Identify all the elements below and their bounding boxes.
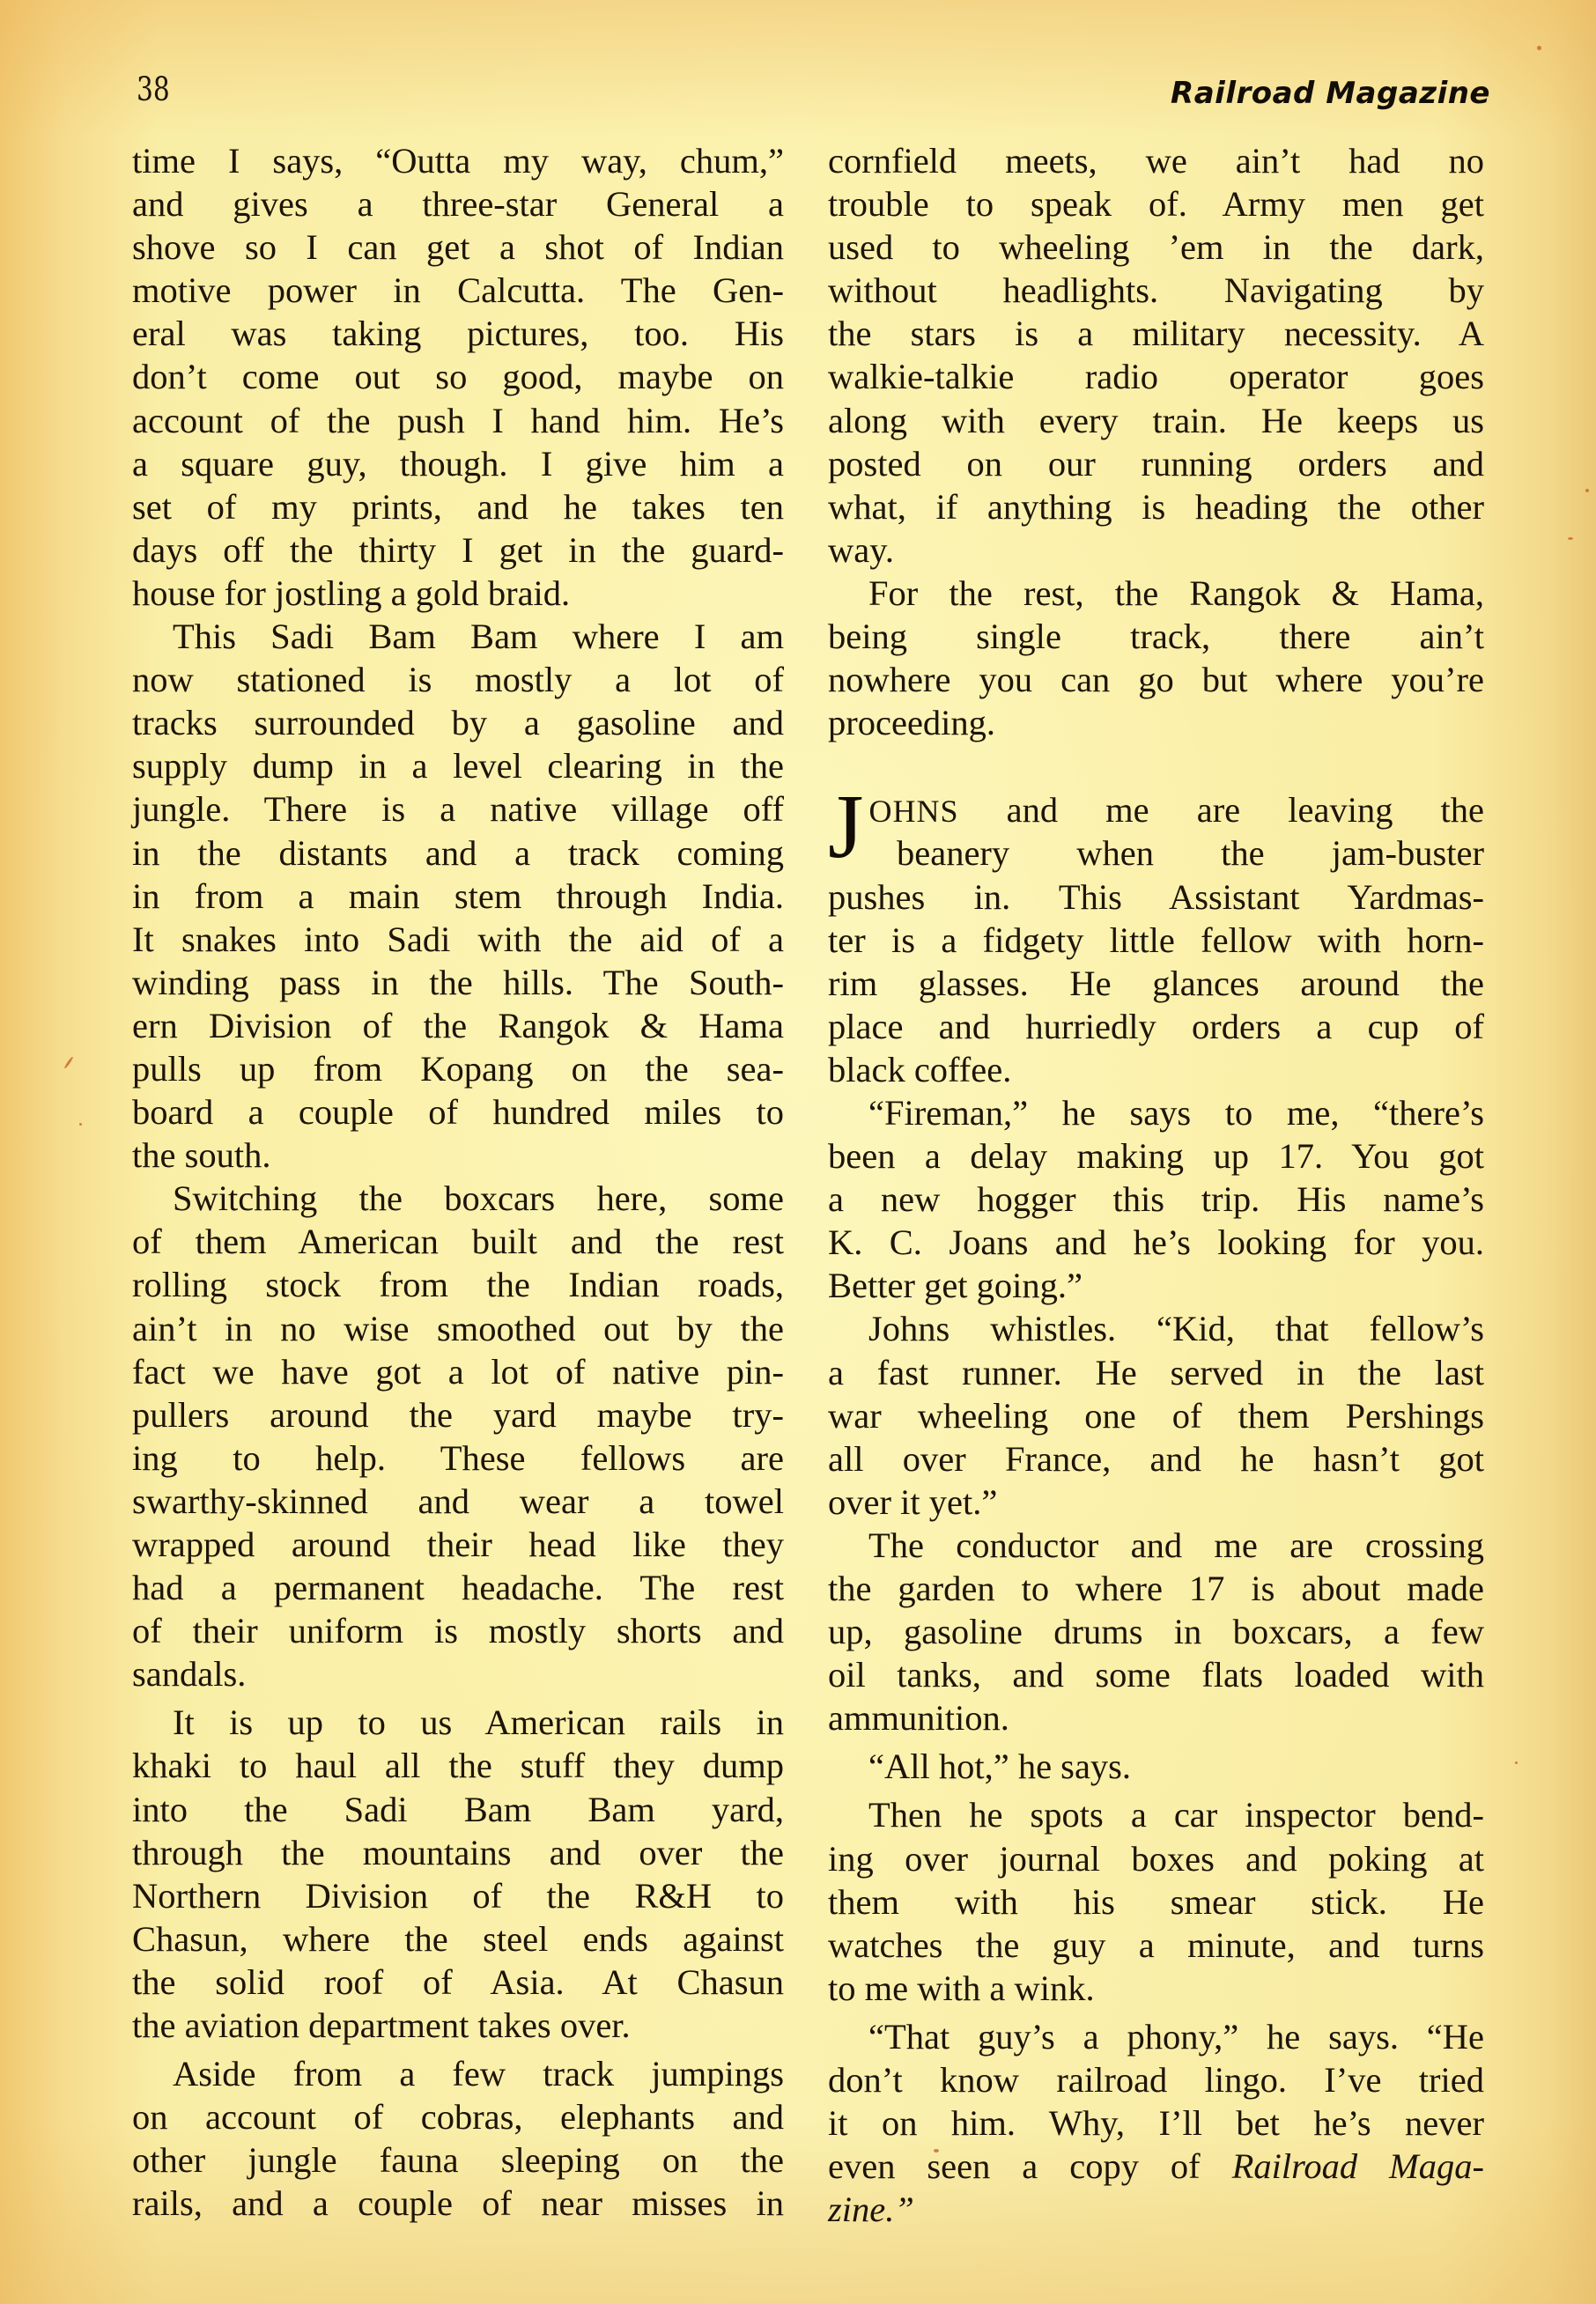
running-title: Railroad Magazine: [1171, 76, 1490, 111]
text-line: being single track, there ain’t: [828, 615, 1484, 658]
text-line: house for jostling a gold braid.: [132, 572, 784, 615]
paragraph-start: The conductor and me are crossing: [828, 1524, 1484, 1567]
text-line: along with every train. He keeps us: [828, 399, 1484, 442]
paper-speck: [1515, 1761, 1518, 1764]
text-line: supply dump in a level clearing in the: [132, 744, 784, 787]
text-line: jungle. There is a native village off: [132, 787, 784, 831]
text-line: sandals.: [132, 1652, 784, 1695]
text-line: tracks surrounded by a gasoline and: [132, 701, 784, 744]
text-line: nowhere you can go but where you’re: [828, 658, 1484, 701]
paper-speck: [1568, 537, 1573, 540]
text-line: posted on our running orders and: [828, 442, 1484, 485]
text-line: place and hurriedly orders a cup of: [828, 1005, 1484, 1048]
text-line: It snakes into Sadi with the aid of a: [132, 918, 784, 961]
text-line: Northern Division of the R&H to: [132, 1874, 784, 1917]
text-line: them with his smear stick. He: [828, 1880, 1484, 1924]
text-line: without headlights. Navigating by: [828, 269, 1484, 312]
paragraph-start: Then he spots a car inspector bend-: [828, 1793, 1484, 1836]
text-line: rim glasses. He glances around the: [828, 962, 1484, 1005]
text-line: ter is a fidgety little fellow with horn…: [828, 919, 1484, 962]
text-line: oil tanks, and some flats loaded with: [828, 1653, 1484, 1696]
italic-magazine-title: Railroad Maga-: [1232, 2146, 1484, 2186]
text-line: time I says, “Outta my way, chum,”: [132, 139, 784, 182]
text-line: pulls up from Kopang on the sea-: [132, 1047, 784, 1090]
paragraph-start: “Fireman,” he says to me, “there’s: [828, 1091, 1484, 1134]
text-line: way.: [828, 528, 1484, 572]
text-line: the solid roof of Asia. At Chasun: [132, 1961, 784, 2004]
text-line: zine.”: [828, 2188, 1484, 2231]
text-line: watches the guy a minute, and turns: [828, 1924, 1484, 1967]
text-line: it on him. Why, I’ll bet he’s never: [828, 2101, 1484, 2145]
paragraph-start: For the rest, the Rangok & Hama,: [828, 572, 1484, 615]
text-line: shove so I can get a shot of Indian: [132, 225, 784, 269]
text-line: the garden to where 17 is about made: [828, 1567, 1484, 1610]
paragraph-start: It is up to us American rails in: [132, 1701, 784, 1744]
text-line: to me with a wink.: [828, 1967, 1484, 2010]
paper-speck: [934, 2149, 939, 2153]
text-line: eral was taking pictures, too. His: [132, 312, 784, 355]
text-line: and gives a three-star General a: [132, 182, 784, 225]
text-line: beanery when the jam-buster: [828, 831, 1484, 875]
text-line: even seen a copy of Railroad Maga-: [828, 2145, 1484, 2188]
text-line: now stationed is mostly a lot of: [132, 658, 784, 701]
text-line: fact we have got a lot of native pin-: [132, 1350, 784, 1393]
text-line: account of the push I hand him. He’s: [132, 399, 784, 442]
right-column: cornfield meets, we ain’t had no trouble…: [828, 139, 1484, 2231]
text-line: cornfield meets, we ain’t had no: [828, 139, 1484, 182]
text-line: been a delay making up 17. You got: [828, 1134, 1484, 1178]
text-line: board a couple of hundred miles to: [132, 1090, 784, 1134]
text-line: other jungle fauna sleeping on the: [132, 2138, 784, 2182]
text-line: days off the thirty I get in the guard-: [132, 528, 784, 572]
text-line: war wheeling one of them Pershings: [828, 1394, 1484, 1437]
text-line: in the distants and a track coming: [132, 831, 784, 875]
text-line: the south.: [132, 1134, 784, 1177]
text-line: up, gasoline drums in boxcars, a few: [828, 1610, 1484, 1653]
text-line: set of my prints, and he takes ten: [132, 485, 784, 528]
paragraph-start: Aside from a few track jumpings: [132, 2052, 784, 2095]
text-line: the aviation department takes over.: [132, 2004, 784, 2047]
text-line: rails, and a couple of near misses in: [132, 2182, 784, 2225]
paper-speck: [1537, 46, 1541, 50]
text-fragment: even seen a copy of: [828, 2146, 1232, 2186]
text-line: Better get going.”: [828, 1264, 1484, 1307]
text-line: over it yet.”: [828, 1481, 1484, 1524]
section-opening: J OHNS and me are leaving the beanery wh…: [828, 788, 1484, 875]
text-line: walkie-talkie radio operator goes: [828, 355, 1484, 398]
paragraph-start: “That guy’s a phony,” he says. “He: [828, 2015, 1484, 2058]
text-line: Chasun, where the steel ends against: [132, 1917, 784, 1961]
text-line: of them American built and the rest: [132, 1220, 784, 1263]
text-line: the stars is a military necessity. A: [828, 312, 1484, 355]
text-line: ing over journal boxes and poking at: [828, 1837, 1484, 1880]
text-line: ern Division of the Rangok & Hama: [132, 1004, 784, 1047]
text-line: in from a main stem through India.: [132, 875, 784, 918]
paragraph-start: Johns whistles. “Kid, that fellow’s: [828, 1307, 1484, 1350]
text-line: on account of cobras, elephants and: [132, 2095, 784, 2138]
text-line: ain’t in no wise smoothed out by the: [132, 1307, 784, 1350]
text-line: used to wheeling ’em in the dark,: [828, 225, 1484, 269]
text-line: a square guy, though. I give him a: [132, 442, 784, 485]
text-line: black coffee.: [828, 1048, 1484, 1091]
paragraph-start: “All hot,” he says.: [828, 1745, 1484, 1788]
text-line: OHNS and me are leaving the: [828, 788, 1484, 831]
text-line: through the mountains and over the: [132, 1831, 784, 1874]
text-line: a new hogger this trip. His name’s: [828, 1178, 1484, 1221]
page-header: 38 Railroad Magazine: [137, 70, 1490, 114]
text-line: pushes in. This Assistant Yardmas-: [828, 875, 1484, 919]
text-line: winding pass in the hills. The South-: [132, 961, 784, 1004]
text-line: pullers around the yard maybe try-: [132, 1393, 784, 1436]
magazine-page: 38 Railroad Magazine time I says, “Outta…: [0, 0, 1596, 2304]
paper-speck: [1585, 489, 1589, 492]
text-line: had a permanent headache. The rest: [132, 1566, 784, 1609]
text-line: of their uniform is mostly shorts and: [132, 1609, 784, 1652]
text-line: swarthy-skinned and wear a towel: [132, 1480, 784, 1523]
text-line: khaki to haul all the stuff they dump: [132, 1744, 784, 1787]
text-line: all over France, and he hasn’t got: [828, 1437, 1484, 1481]
text-line: K. C. Joans and he’s looking for you.: [828, 1221, 1484, 1264]
text-line: motive power in Calcutta. The Gen-: [132, 269, 784, 312]
text-line: ammunition.: [828, 1696, 1484, 1739]
text-line: what, if anything is heading the other: [828, 485, 1484, 528]
small-caps-word: OHNS: [868, 794, 958, 829]
paragraph-start: This Sadi Bam Bam where I am: [132, 615, 784, 658]
text-fragment: and me are leaving the: [1007, 790, 1484, 830]
text-line: rolling stock from the Indian roads,: [132, 1263, 784, 1306]
drop-cap: J: [828, 792, 863, 868]
text-line: a fast runner. He served in the last: [828, 1351, 1484, 1394]
text-line: proceeding.: [828, 701, 1484, 744]
text-line: ing to help. These fellows are: [132, 1436, 784, 1480]
text-line: don’t come out so good, maybe on: [132, 355, 784, 398]
section-break: [828, 744, 1484, 788]
paper-speck: [63, 1056, 74, 1069]
paragraph-start: Switching the boxcars here, some: [132, 1177, 784, 1220]
text-line: don’t know railroad lingo. I’ve tried: [828, 2058, 1484, 2101]
text-line: into the Sadi Bam Bam yard,: [132, 1788, 784, 1831]
text-line: trouble to speak of. Army men get: [828, 182, 1484, 225]
text-line: wrapped around their head like they: [132, 1523, 784, 1566]
paper-speck: [79, 1123, 82, 1126]
page-number: 38: [137, 70, 170, 108]
left-column: time I says, “Outta my way, chum,” and g…: [132, 139, 784, 2226]
